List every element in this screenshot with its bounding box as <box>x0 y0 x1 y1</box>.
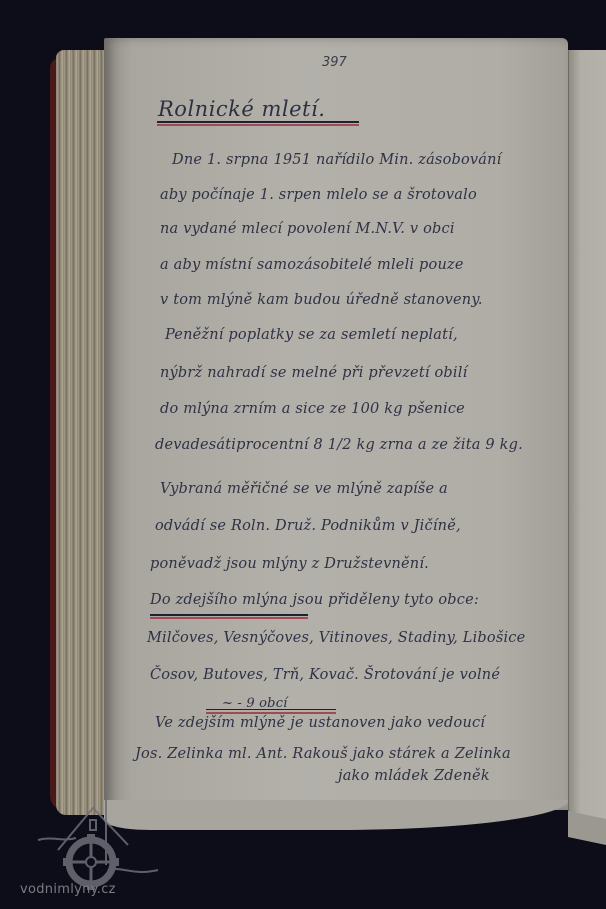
text-line: v tom mlýně kam budou úředně stanoveny. <box>160 292 483 308</box>
book-page-edges <box>56 50 108 815</box>
page-title: Rolnické mletí. <box>158 97 325 121</box>
next-page-edge <box>568 50 606 825</box>
text-line: Dne 1. srpna 1951 nařídilo Min. zásobová… <box>172 152 502 168</box>
text-line: devadesátiprocentní 8 1/2 kg zrna a ze ž… <box>155 437 523 453</box>
text-line: Ve zdejším mlýně je ustanoven jako vedou… <box>155 715 485 731</box>
book-scan: 397 Rolnické mletí. Dne 1. srpna 1951 na… <box>0 0 606 909</box>
section-underline-red <box>150 617 308 619</box>
text-line: Peněžní poplatky se za semletí neplatí, <box>165 327 458 343</box>
watermark-text: vodnimlyny.cz <box>20 882 116 897</box>
text-line: do mlýna zrním a sice ze 100 kg pšenice <box>160 401 465 417</box>
text-line: nýbrž nahradí se melné při převzetí obil… <box>160 365 467 381</box>
text-line: aby počínaje 1. srpen mlelo se a šrotova… <box>160 187 477 203</box>
text-line: na vydané mlecí povolení M.N.V. v obci <box>160 221 455 237</box>
text-line: jako mládek Zdeněk <box>338 768 490 784</box>
text-line: odvádí se Roln. Druž. Podnikům v Jičíně, <box>155 518 461 534</box>
section-underline <box>150 614 308 616</box>
text-line: Čosov, Butoves, Trň, Kovač. Šrotování je… <box>150 667 500 683</box>
text-line: a aby místní samozásobitelé mleli pouze <box>160 257 464 273</box>
text-line: Milčoves, Vesnýčoves, Vitinoves, Stadiny… <box>147 630 525 646</box>
title-underline <box>157 121 359 123</box>
text-line: Vybraná měřičné se ve mlýně zapíše a <box>160 481 448 497</box>
text-line: Jos. Zelinka ml. Ant. Rakouš jako stárek… <box>135 746 511 762</box>
count-underline <box>206 709 336 710</box>
title-underline-red <box>157 124 359 126</box>
page-number: 397 <box>322 55 347 70</box>
count-underline-red <box>206 712 336 714</box>
text-line: Do zdejšího mlýna jsou přiděleny tyto ob… <box>150 592 479 608</box>
text-line: poněvadž jsou mlýny z Družstevnění. <box>150 556 429 572</box>
